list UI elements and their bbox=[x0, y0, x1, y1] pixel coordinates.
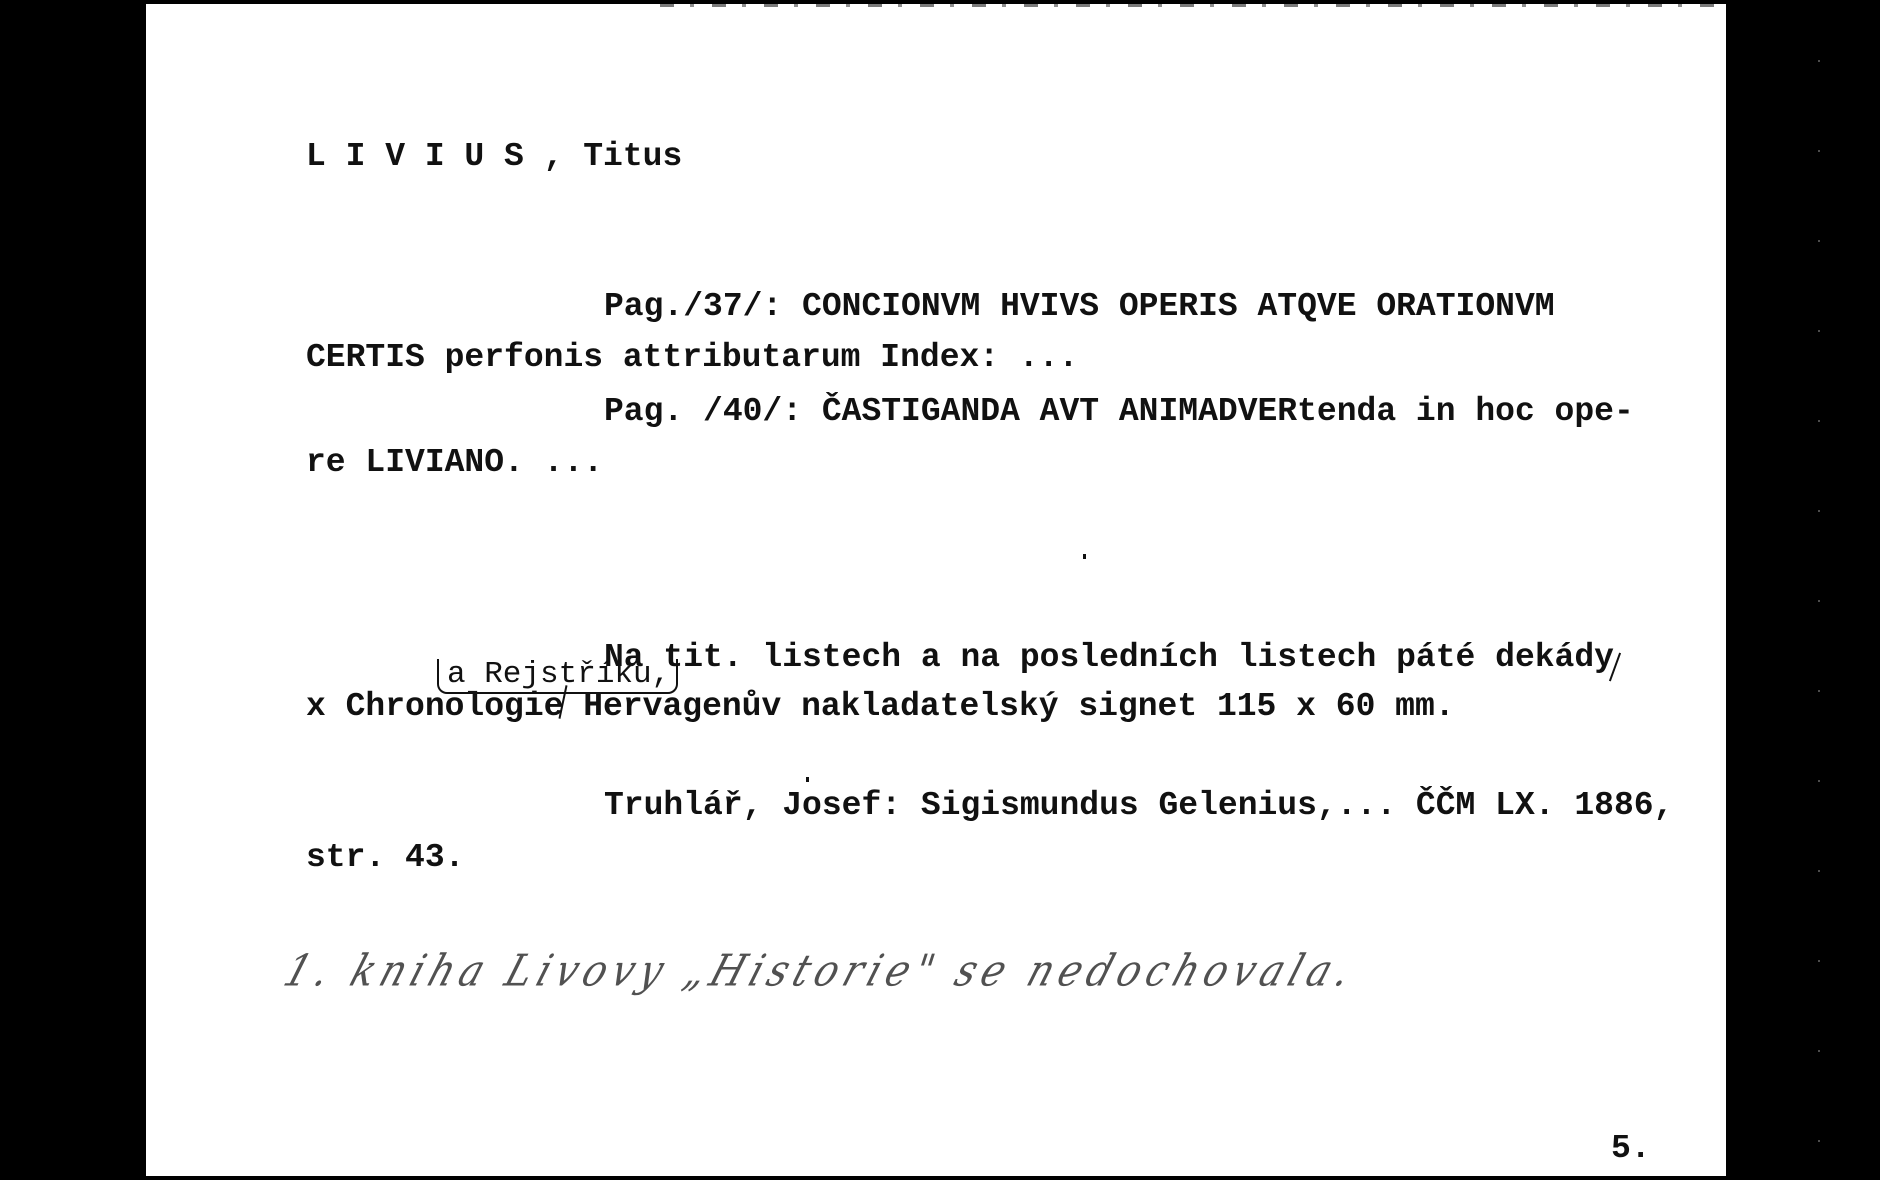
text-line-str43: str. 43. bbox=[306, 841, 464, 874]
scan-border-specks bbox=[1818, 0, 1820, 1180]
text-line-certis: CERTIS perfonis attributarum Index: ... bbox=[306, 341, 1078, 374]
ink-speck bbox=[806, 777, 809, 782]
ink-speck bbox=[1083, 554, 1086, 559]
text-line-truhlar: Truhlář, Josef: Sigismundus Gelenius,...… bbox=[604, 789, 1673, 822]
scan-edge-noise bbox=[660, 4, 1720, 7]
text-line-chronologie: x Chronologie Hervagenův nakladatelský s… bbox=[306, 690, 1455, 723]
catalog-card bbox=[146, 4, 1726, 1176]
text-line-na-tit: Na tit. listech a na posledních listech … bbox=[604, 641, 1614, 674]
handwritten-note: 1. kniha Livovy „Historie" se nedochoval… bbox=[278, 945, 1363, 996]
text-line-liviano: re LIVIANO. ... bbox=[306, 446, 603, 479]
page-number: 5. bbox=[1611, 1132, 1651, 1165]
text-line-pag37: Pag./37/: CONCIONVM HVIVS OPERIS ATQVE O… bbox=[604, 290, 1555, 323]
card-heading: L I V I U S , Titus bbox=[306, 140, 682, 173]
text-line-pag40: Pag. /40/: ČASTIGANDA AVT ANIMADVERtenda… bbox=[604, 395, 1634, 428]
